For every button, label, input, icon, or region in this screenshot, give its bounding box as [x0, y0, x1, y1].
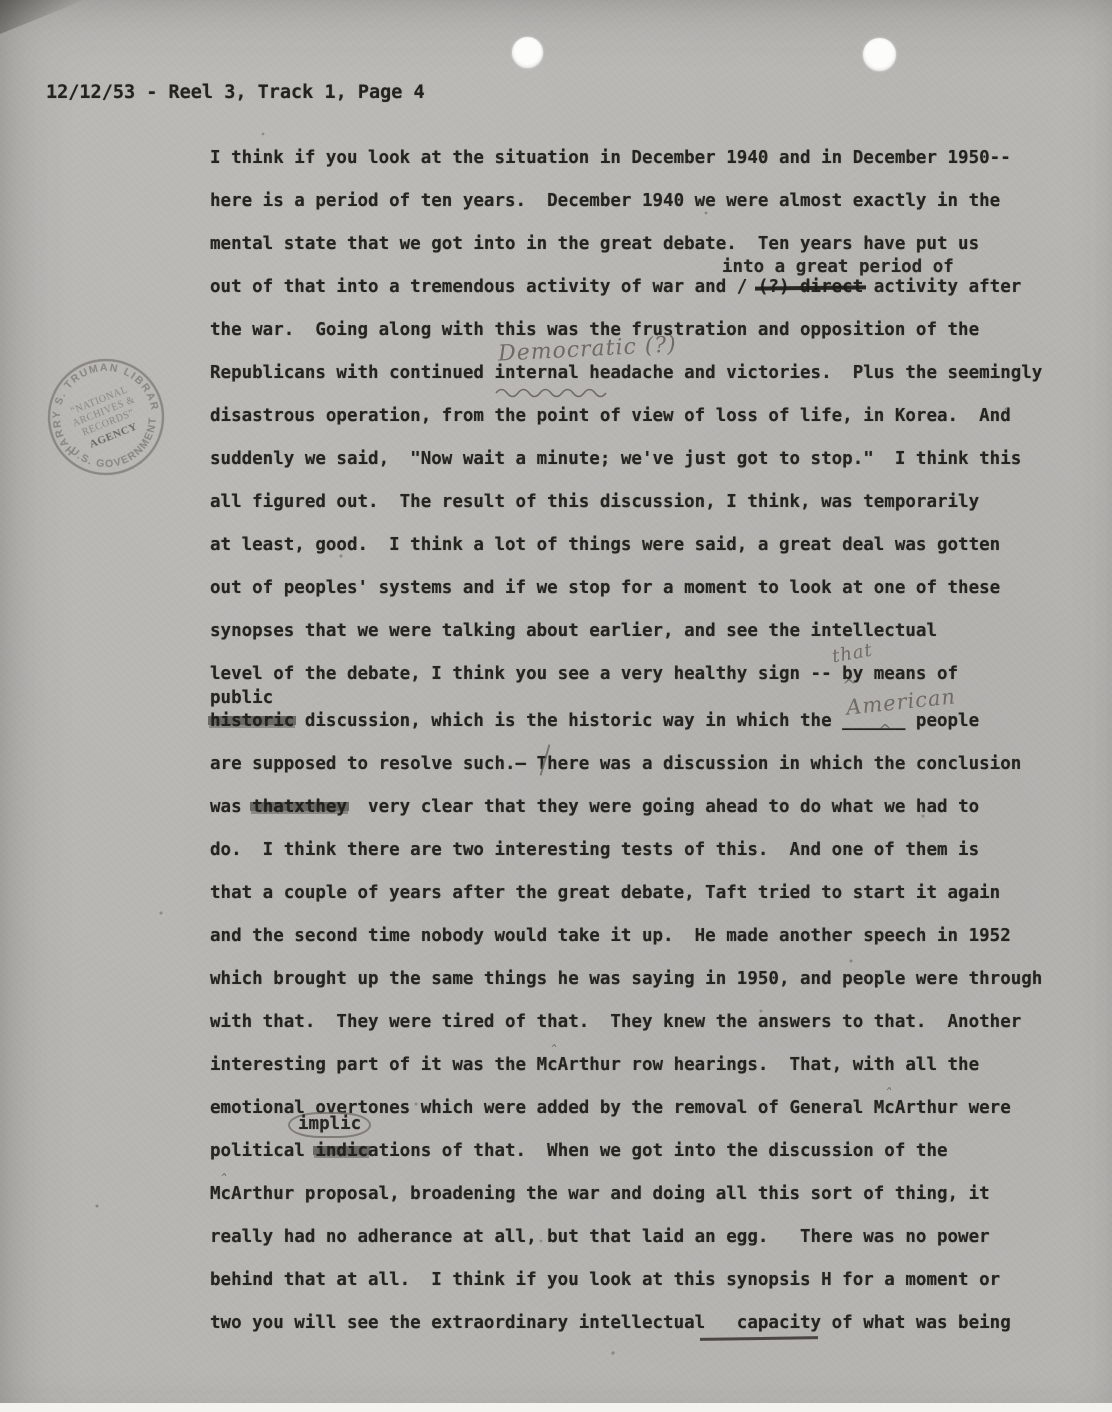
- typed-text: disastrous operation, from the point of …: [210, 406, 1011, 426]
- paper-specks: [0, 0, 2, 2]
- typed-text: behind that at all. I think if you look …: [210, 1270, 1000, 1290]
- caret-that-insert: ^: [842, 676, 857, 696]
- typed-insert-into-a-great-period: into a great period of: [722, 257, 954, 277]
- typed-text: are supposed to resolve such.— There was…: [210, 754, 1021, 774]
- typed-text: ations of that. When we got into the dis…: [368, 1141, 947, 1161]
- typed-text: political: [210, 1141, 315, 1161]
- scan-bottom-edge: [0, 1403, 1112, 1412]
- text-line: behind that at all. I think if you look …: [210, 1270, 1000, 1290]
- text-line: out of peoples' systems and if we stop f…: [210, 578, 1000, 598]
- typed-text: really had no adherance at all, but that…: [210, 1227, 990, 1247]
- text-line: out of that into a tremendous activity o…: [210, 277, 1021, 297]
- typed-text: here is a period of ten years. December …: [210, 191, 1000, 211]
- typed-text: mental state that we got into in the gre…: [210, 234, 979, 254]
- text-line: here is a period of ten years. December …: [210, 191, 1000, 211]
- archives-stamp: HARRY S. TRUMAN LIBRARY U.S. GOVERNMENT …: [8, 319, 203, 514]
- typed-insert-implic: implic: [288, 1112, 371, 1138]
- typed-text: at least, good. I think a lot of things …: [210, 535, 1000, 555]
- text-line: disastrous operation, from the point of …: [210, 406, 1011, 426]
- text-line: two you will see the extraordinary intel…: [210, 1313, 1011, 1333]
- document-page: HARRY S. TRUMAN LIBRARY U.S. GOVERNMENT …: [0, 0, 1112, 1412]
- text-line: McArthur proposal, broadening the war an…: [210, 1184, 990, 1204]
- typed-text: two you will see the extraordinary intel…: [210, 1313, 1011, 1333]
- typed-text: suddenly we said, "Now wait a minute; we…: [210, 449, 1021, 469]
- caret-american-insert: ^: [878, 721, 893, 741]
- typed-text: with that. They were tired of that. They…: [210, 1012, 1021, 1032]
- text-line: political indications of that. When we g…: [210, 1141, 948, 1161]
- text-line: synopses that we were talking about earl…: [210, 621, 937, 641]
- caret-mcarthur-3: ˆ: [219, 1171, 228, 1189]
- struck-text: indic: [315, 1141, 368, 1161]
- caret-mcarthur-2: ˆ: [884, 1085, 893, 1103]
- text-line: are supposed to resolve such.— There was…: [210, 754, 1021, 774]
- caret-mcarthur-1: ˆ: [549, 1042, 558, 1060]
- typed-text: that a couple of years after the great d…: [210, 883, 1000, 903]
- punch-hole-right: [863, 38, 896, 71]
- typed-text: public: [210, 688, 273, 708]
- wavy-underline-internal: [496, 387, 598, 399]
- struck-text: (?) direct: [758, 277, 863, 297]
- text-line: Republicans with continued internal head…: [210, 363, 1042, 383]
- text-line: that a couple of years after the great d…: [210, 883, 1000, 903]
- text-line: public: [210, 688, 273, 708]
- text-line: mental state that we got into in the gre…: [210, 234, 979, 254]
- text-line: was thatxthey very clear that they were …: [210, 797, 979, 817]
- typed-text: do. I think there are two interesting te…: [210, 840, 979, 860]
- typed-text: out of that into a tremendous activity o…: [210, 277, 758, 297]
- punch-hole-left: [512, 37, 543, 68]
- text-line: really had no adherance at all, but that…: [210, 1227, 990, 1247]
- text-line: I think if you look at the situation in …: [210, 148, 1011, 168]
- typed-text: interesting part of it was the McArthur …: [210, 1055, 979, 1075]
- text-line: interesting part of it was the McArthur …: [210, 1055, 979, 1075]
- typed-text: McArthur proposal, broadening the war an…: [210, 1184, 990, 1204]
- text-line: at least, good. I think a lot of things …: [210, 535, 1000, 555]
- typed-text: activity after: [863, 277, 1021, 297]
- text-line: with that. They were tired of that. They…: [210, 1012, 1021, 1032]
- typed-text: Republicans with continued internal head…: [210, 363, 1042, 383]
- typed-text: which brought up the same things he was …: [210, 969, 1042, 989]
- typed-text: very clear that they were going ahead to…: [347, 797, 979, 817]
- hand-underline-capacity: [700, 1336, 818, 1341]
- typed-text: synopses that we were talking about earl…: [210, 621, 937, 641]
- typed-text: I think if you look at the situation in …: [210, 148, 1011, 168]
- struck-text: historic: [210, 711, 294, 731]
- text-line: which brought up the same things he was …: [210, 969, 1042, 989]
- typed-text: out of peoples' systems and if we stop f…: [210, 578, 1000, 598]
- scan-corner-shadow: [0, 0, 84, 34]
- typed-text: and the second time nobody would take it…: [210, 926, 1011, 946]
- text-line: suddenly we said, "Now wait a minute; we…: [210, 449, 1021, 469]
- typed-text: all figured out. The result of this disc…: [210, 492, 979, 512]
- struck-text: thatxthey: [252, 797, 347, 817]
- typed-text: was: [210, 797, 252, 817]
- text-line: and the second time nobody would take it…: [210, 926, 1011, 946]
- text-line: all figured out. The result of this disc…: [210, 492, 979, 512]
- text-line: do. I think there are two interesting te…: [210, 840, 979, 860]
- page-header: 12/12/53 - Reel 3, Track 1, Page 4: [46, 82, 425, 103]
